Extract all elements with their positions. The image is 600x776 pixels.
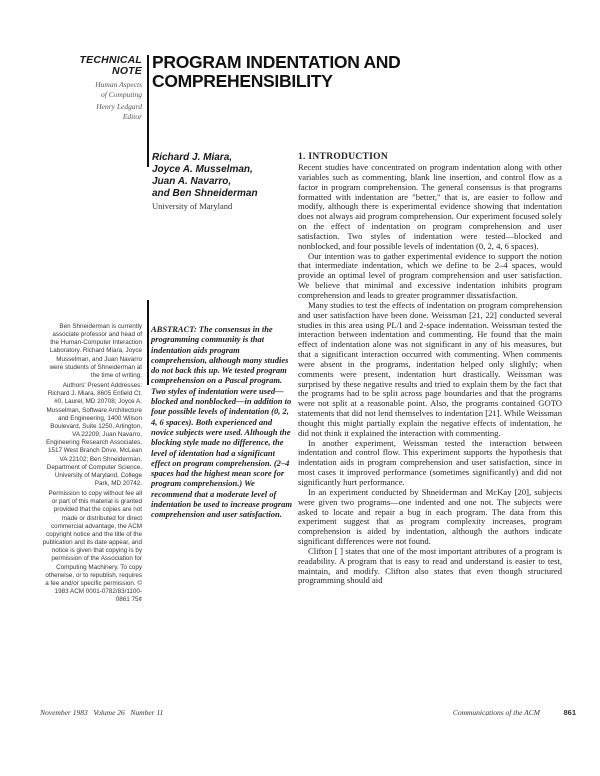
- body-paragraph: In an experiment conducted by Shneiderma…: [298, 488, 562, 547]
- author-name: Joyce A. Musselman,: [152, 164, 292, 176]
- author-name: Richard J. Miara,: [152, 152, 292, 164]
- body-column: 1. INTRODUCTION Recent studies have conc…: [298, 152, 562, 586]
- editor-line: Henry Ledgard: [56, 102, 142, 112]
- author-footnote: Ben Shneiderman is currently associate p…: [42, 323, 142, 606]
- journal-name: Communications of the ACM: [453, 708, 540, 717]
- abstract: ABSTRACT: The consensus in the programmi…: [151, 324, 293, 520]
- page-footer: November 1983 Volume 26 Number 11 Commun…: [40, 708, 576, 720]
- title-line: COMPREHENSIBILITY: [152, 72, 452, 91]
- column-rule-top: [147, 55, 149, 167]
- author-list: Richard J. Miara, Joyce A. Musselman, Ju…: [152, 152, 292, 212]
- issue-info: November 1983 Volume 26 Number 11: [40, 708, 163, 717]
- body-paragraph: Many studies to test the effects of inde…: [298, 301, 562, 439]
- article-title: PROGRAM INDENTATION AND COMPREHENSIBILIT…: [152, 53, 452, 91]
- affiliation: University of Maryland: [152, 200, 292, 212]
- copyright-permission: Permission to copy without fee all or pa…: [42, 490, 142, 604]
- column-rule-bottom: [147, 300, 149, 385]
- title-line: PROGRAM INDENTATION AND: [152, 53, 452, 72]
- department-line: of Computing: [56, 90, 142, 100]
- body-paragraph: Recent studies have concentrated on prog…: [298, 163, 562, 252]
- section-label-line: NOTE: [60, 66, 142, 77]
- department-line: Human Aspects: [56, 80, 142, 90]
- section-label: TECHNICAL NOTE: [60, 55, 142, 77]
- body-paragraph: In another experiment, Weissman tested t…: [298, 439, 562, 488]
- author-bio: Ben Shneiderman is currently associate p…: [42, 323, 142, 380]
- author-name: Juan A. Navarro,: [152, 176, 292, 188]
- editor-label: Henry Ledgard Editor: [56, 102, 142, 122]
- body-paragraph: Our intention was to gather experimental…: [298, 252, 562, 301]
- author-name: and Ben Shneiderman: [152, 188, 292, 200]
- editor-line: Editor: [56, 112, 142, 122]
- department-label: Human Aspects of Computing: [56, 80, 142, 100]
- body-paragraph: Clifton [ ] states that one of the most …: [298, 547, 562, 586]
- author-addresses: Authors' Present Addresses: Richard J. M…: [42, 382, 142, 488]
- page-number: 861: [563, 708, 576, 717]
